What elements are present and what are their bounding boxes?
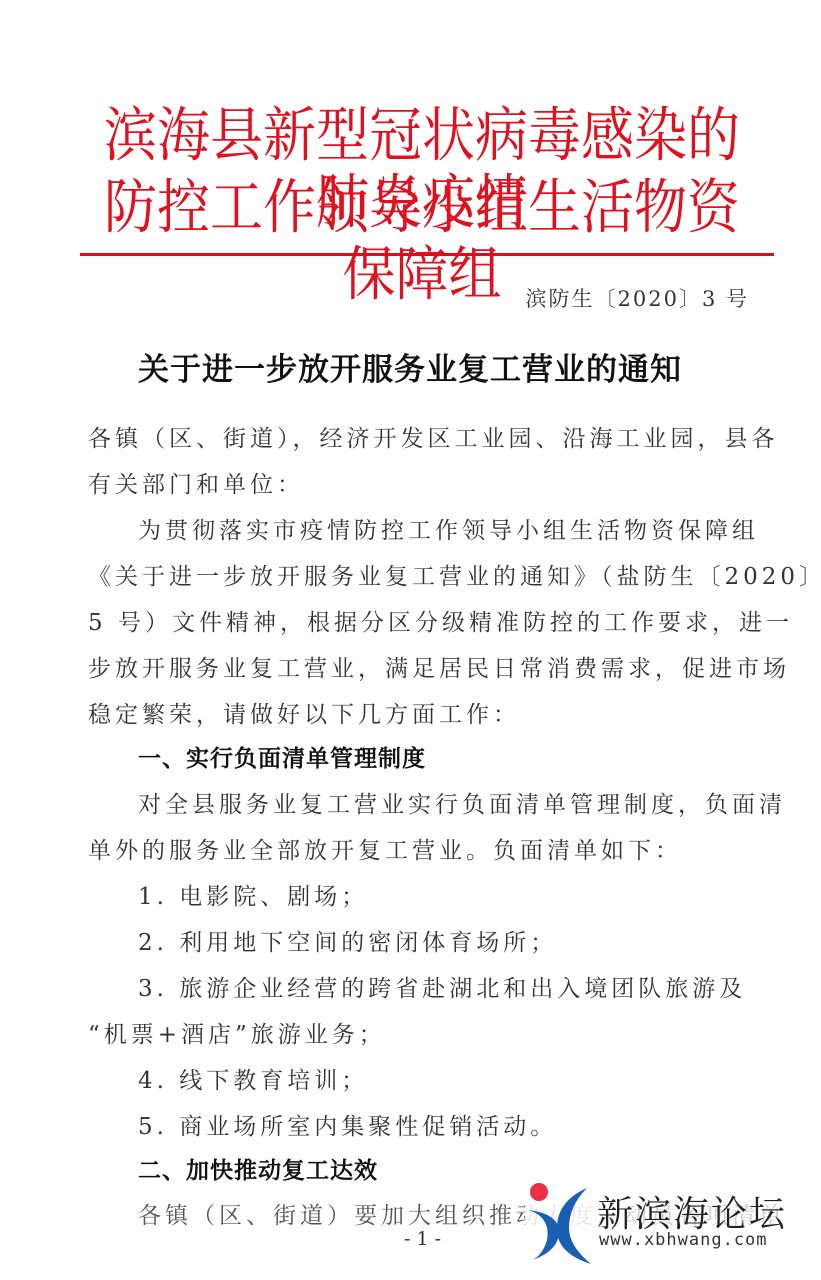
page-number: - 1 - [404, 1228, 441, 1250]
section-heading-1: 一、实行负面清单管理制度 [138, 740, 808, 773]
site-watermark: 新滨海论坛 www.xbhwang.com [525, 1180, 815, 1265]
list-item-continuation: “机票+酒店”旅游业务； [88, 1016, 758, 1049]
list-item: 2. 利用地下空间的密闭体育场所； [138, 924, 808, 957]
section1-body-line: 对全县服务业复工营业实行负面清单管理制度，负面清 [138, 786, 808, 819]
list-item: 3. 旅游企业经营的跨省赴湖北和出入境团队旅游及 [138, 970, 808, 1003]
intro-line: 为贯彻落实市疫情防控工作领导小组生活物资保障组 [138, 512, 808, 545]
addressee-line: 各镇（区、街道），经济开发区工业园、沿海工业园，县各 [88, 420, 758, 453]
section1-body-line: 单外的服务业全部放开复工营业。负面清单如下： [88, 832, 758, 865]
list-item: 5. 商业场所室内集聚性促销活动。 [138, 1108, 808, 1141]
document-number: 滨防生〔2020〕3 号 [526, 283, 749, 313]
list-item: 4. 线下教育培训； [138, 1062, 808, 1095]
intro-line: 《关于进一步放开服务业复工营业的通知》（盐防生〔2020〕 [88, 558, 758, 591]
forum-url: www.xbhwang.com [599, 1230, 768, 1250]
list-item: 1. 电影院、剧场； [138, 878, 808, 911]
intro-line: 稳定繁荣，请做好以下几方面工作： [88, 696, 758, 729]
intro-line: 5 号）文件精神，根据分区分级精准防控的工作要求，进一 [88, 604, 758, 637]
document-title: 关于进一步放开服务业复工营业的通知 [60, 344, 760, 389]
forum-logo-icon [525, 1180, 595, 1265]
intro-line: 步放开服务业复工营业，满足居民日常消费需求，促进市场 [88, 650, 758, 683]
addressee-line: 有关部门和单位： [88, 466, 758, 499]
red-divider [80, 253, 774, 256]
